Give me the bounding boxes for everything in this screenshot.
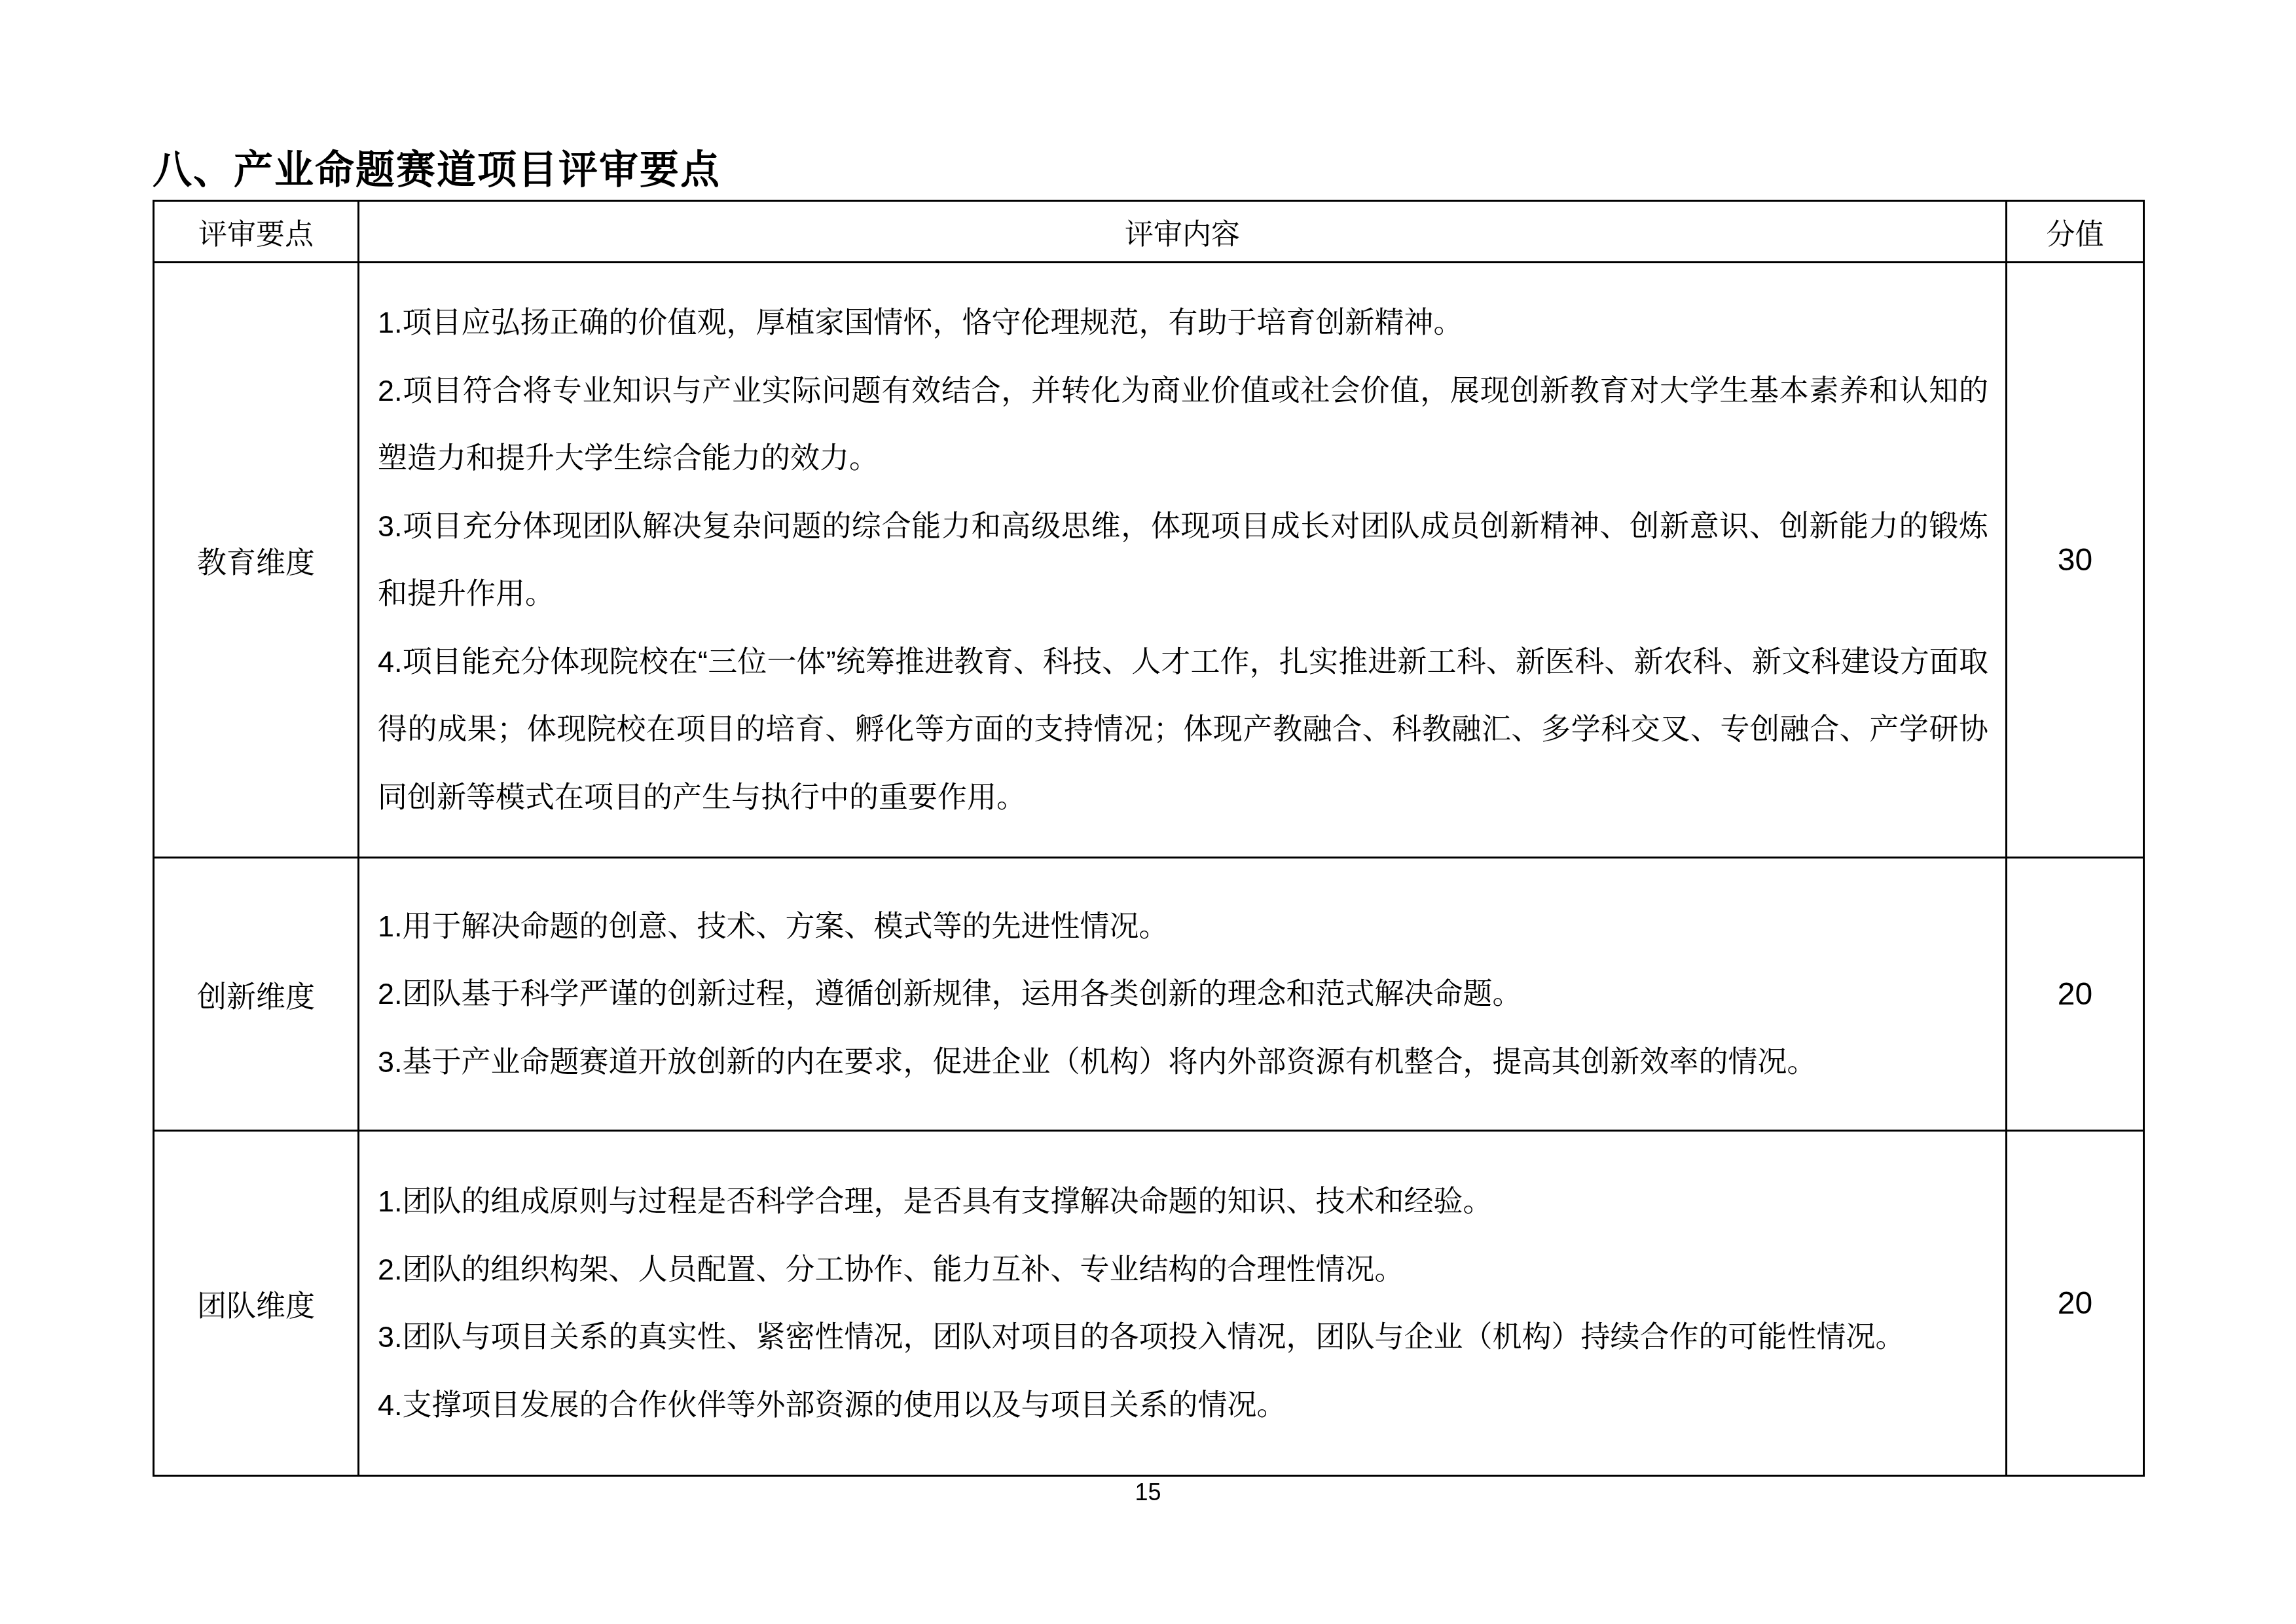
content-cell: 1.团队的组成原则与过程是否科学合理，是否具有支撑解决命题的知识、技术和经验。 … [359, 1131, 2007, 1476]
review-item: 4.项目能充分体现院校在“三位一体”统筹推进教育、科技、人才工作，扎实推进新工科… [378, 628, 1988, 832]
review-item: 4.支撑项目发展的合作伙伴等外部资源的使用以及与项目关系的情况。 [378, 1371, 1988, 1439]
score-cell: 20 [2007, 1131, 2144, 1476]
review-item: 2.项目符合将专业知识与产业实际问题有效结合，并转化为商业价值或社会价值，展现创… [378, 357, 1988, 492]
table-header-row: 评审要点 评审内容 分值 [154, 201, 2144, 263]
review-item: 3.基于产业命题赛道开放创新的内在要求，促进企业（机构）将内外部资源有机整合，提… [378, 1028, 1988, 1096]
dimension-cell: 创新维度 [154, 858, 359, 1131]
review-criteria-table: 评审要点 评审内容 分值 教育维度 1.项目应弘扬正确的价值观，厚植家国情怀，恪… [153, 200, 2145, 1477]
dimension-cell: 团队维度 [154, 1131, 359, 1476]
review-item: 2.团队基于科学严谨的创新过程，遵循创新规律，运用各类创新的理念和范式解决命题。 [378, 960, 1988, 1028]
review-item: 1.用于解决命题的创意、技术、方案、模式等的先进性情况。 [378, 893, 1988, 961]
header-review-content: 评审内容 [359, 201, 2007, 263]
content-cell: 1.用于解决命题的创意、技术、方案、模式等的先进性情况。 2.团队基于科学严谨的… [359, 858, 2007, 1131]
document-page: 八、产业命题赛道项目评审要点 评审要点 评审内容 分值 教育维度 1.项目应弘扬… [0, 0, 2296, 1624]
review-item: 1.团队的组成原则与过程是否科学合理，是否具有支撑解决命题的知识、技术和经验。 [378, 1168, 1988, 1236]
table-row-team: 团队维度 1.团队的组成原则与过程是否科学合理，是否具有支撑解决命题的知识、技术… [154, 1131, 2144, 1476]
dimension-cell: 教育维度 [154, 263, 359, 858]
score-cell: 30 [2007, 263, 2144, 858]
review-item: 2.团队的组织构架、人员配置、分工协作、能力互补、专业结构的合理性情况。 [378, 1236, 1988, 1304]
content-cell: 1.项目应弘扬正确的价值观，厚植家国情怀，恪守伦理规范，有助于培育创新精神。 2… [359, 263, 2007, 858]
table-row-innovation: 创新维度 1.用于解决命题的创意、技术、方案、模式等的先进性情况。 2.团队基于… [154, 858, 2144, 1131]
page-title: 八、产业命题赛道项目评审要点 [153, 139, 721, 195]
header-review-point: 评审要点 [154, 201, 359, 263]
review-item: 3.团队与项目关系的真实性、紧密性情况，团队对项目的各项投入情况，团队与企业（机… [378, 1303, 1988, 1371]
review-item: 3.项目充分体现团队解决复杂问题的综合能力和高级思维，体现项目成长对团队成员创新… [378, 492, 1988, 628]
page-number: 15 [0, 1479, 2296, 1506]
table-row-education: 教育维度 1.项目应弘扬正确的价值观，厚植家国情怀，恪守伦理规范，有助于培育创新… [154, 263, 2144, 858]
header-score: 分值 [2007, 201, 2144, 263]
review-item: 1.项目应弘扬正确的价值观，厚植家国情怀，恪守伦理规范，有助于培育创新精神。 [378, 289, 1988, 357]
score-cell: 20 [2007, 858, 2144, 1131]
